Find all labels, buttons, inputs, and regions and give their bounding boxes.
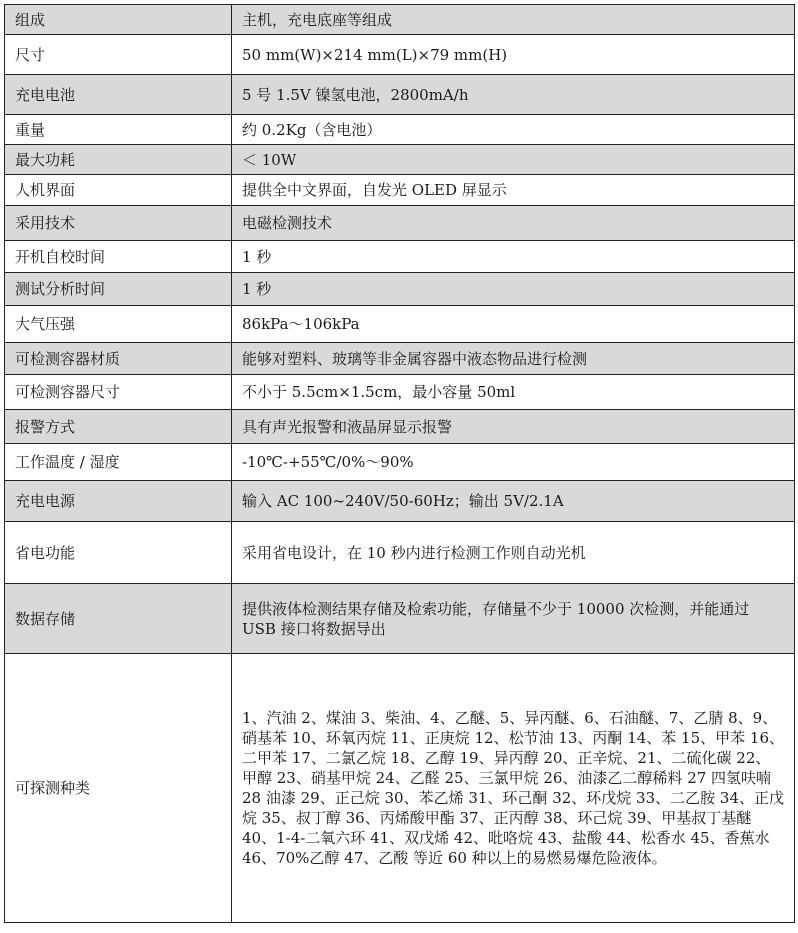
spec-value: 不小于 5.5cm×1.5cm，最小容量 50ml	[232, 375, 795, 410]
spec-label: 大气压强	[5, 306, 232, 343]
spec-row-technology: 采用技术 电磁检测技术	[5, 206, 795, 241]
spec-row-max-power: 最大功耗 ＜ 10W	[5, 145, 795, 175]
spec-value: 86kPa～106kPa	[232, 306, 795, 343]
spec-value: 1 秒	[232, 241, 795, 273]
spec-label: 可检测容器材质	[5, 343, 232, 375]
spec-label: 尺寸	[5, 35, 232, 75]
spec-row-self-calibration: 开机自校时间 1 秒	[5, 241, 795, 273]
spec-row-data-storage: 数据存储 提供液体检测结果存储及检索功能，存储量不少于 10000 次检测，并能…	[5, 584, 795, 654]
spec-row-charging-power: 充电电源 输入 AC 100~240V/50-60Hz；输出 5V/2.1A	[5, 481, 795, 522]
spec-row-weight: 重量 约 0.2Kg（含电池）	[5, 115, 795, 145]
spec-label: 组成	[5, 5, 232, 35]
spec-row-container-size: 可检测容器尺寸 不小于 5.5cm×1.5cm，最小容量 50ml	[5, 375, 795, 410]
spec-label: 充电电源	[5, 481, 232, 522]
spec-label: 充电电池	[5, 75, 232, 115]
spec-value: 采用省电设计，在 10 秒内进行检测工作则自动光机	[232, 522, 795, 584]
spec-value: 提供液体检测结果存储及检索功能，存储量不少于 10000 次检测，并能通过 US…	[232, 584, 795, 654]
spec-label: 省电功能	[5, 522, 232, 584]
spec-label: 重量	[5, 115, 232, 145]
spec-value: 1、汽油 2、煤油 3、柴油、4、乙醚、5、异丙醚、6、石油醚、7、乙腈 8、9…	[232, 654, 795, 923]
spec-label: 人机界面	[5, 175, 232, 206]
spec-table: 组成 主机，充电底座等组成 尺寸 50 mm(W)×214 mm(L)×79 m…	[4, 4, 795, 923]
spec-label: 可探测种类	[5, 654, 232, 923]
spec-row-container-material: 可检测容器材质 能够对塑料、玻璃等非金属容器中液态物品进行检测	[5, 343, 795, 375]
spec-row-power-saving: 省电功能 采用省电设计，在 10 秒内进行检测工作则自动光机	[5, 522, 795, 584]
spec-value: 5 号 1.5V 镍氢电池，2800mA/h	[232, 75, 795, 115]
spec-value: -10℃-+55℃/0%～90%	[232, 444, 795, 481]
spec-row-composition: 组成 主机，充电底座等组成	[5, 5, 795, 35]
spec-value: 主机，充电底座等组成	[232, 5, 795, 35]
spec-label: 开机自校时间	[5, 241, 232, 273]
spec-row-analysis-time: 测试分析时间 1 秒	[5, 273, 795, 306]
spec-value: 1 秒	[232, 273, 795, 306]
spec-row-interface: 人机界面 提供全中文界面，自发光 OLED 屏显示	[5, 175, 795, 206]
spec-row-temperature-humidity: 工作温度 / 湿度 -10℃-+55℃/0%～90%	[5, 444, 795, 481]
spec-row-dimensions: 尺寸 50 mm(W)×214 mm(L)×79 mm(H)	[5, 35, 795, 75]
spec-label: 工作温度 / 湿度	[5, 444, 232, 481]
spec-label: 可检测容器尺寸	[5, 375, 232, 410]
spec-label: 报警方式	[5, 410, 232, 444]
spec-row-alarm: 报警方式 具有声光报警和液晶屏显示报警	[5, 410, 795, 444]
spec-value: ＜ 10W	[232, 145, 795, 175]
spec-value: 提供全中文界面，自发光 OLED 屏显示	[232, 175, 795, 206]
spec-label: 数据存储	[5, 584, 232, 654]
spec-label: 最大功耗	[5, 145, 232, 175]
spec-row-pressure: 大气压强 86kPa～106kPa	[5, 306, 795, 343]
spec-row-detectable-species: 可探测种类 1、汽油 2、煤油 3、柴油、4、乙醚、5、异丙醚、6、石油醚、7、…	[5, 654, 795, 923]
spec-label: 测试分析时间	[5, 273, 232, 306]
spec-value: 50 mm(W)×214 mm(L)×79 mm(H)	[232, 35, 795, 75]
spec-value: 输入 AC 100~240V/50-60Hz；输出 5V/2.1A	[232, 481, 795, 522]
spec-label: 采用技术	[5, 206, 232, 241]
spec-table-body: 组成 主机，充电底座等组成 尺寸 50 mm(W)×214 mm(L)×79 m…	[5, 5, 795, 923]
spec-value: 具有声光报警和液晶屏显示报警	[232, 410, 795, 444]
spec-row-battery: 充电电池 5 号 1.5V 镍氢电池，2800mA/h	[5, 75, 795, 115]
spec-value: 约 0.2Kg（含电池）	[232, 115, 795, 145]
spec-value: 电磁检测技术	[232, 206, 795, 241]
spec-value: 能够对塑料、玻璃等非金属容器中液态物品进行检测	[232, 343, 795, 375]
